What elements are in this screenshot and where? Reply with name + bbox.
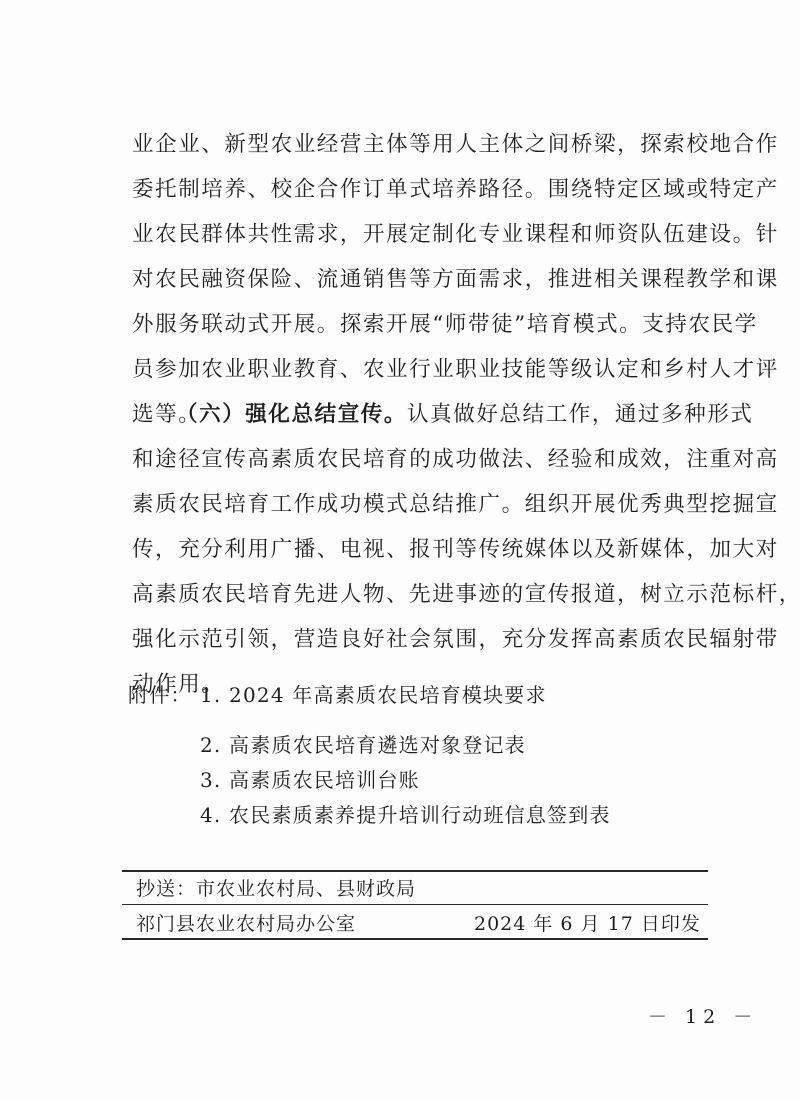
text-line: 业农民群体共性需求，开展定制化专业课程和师资队伍建设。针 <box>132 216 779 254</box>
cc-recipients: 抄送：市农业农村局、县财政局 <box>136 875 416 903</box>
section-six-heading: （六）强化总结宣传。 <box>176 402 407 427</box>
attachment-item: 4. 农民素质素养提升培训行动班信息签到表 <box>200 800 611 830</box>
document-page: 业企业、新型农业经营主体等用人主体之间桥梁，探索校地合作 委托制培养、校企合作订… <box>0 0 800 1099</box>
footer-top-rule <box>122 870 708 872</box>
section-six-first-line-text: 认真做好总结工作，通过多种形式 <box>407 402 754 427</box>
text-line: 委托制培养、校企合作订单式培养路径。围绕特定区域或特定产 <box>132 171 779 209</box>
text-line: 强化示范引领，营造良好社会氛围，充分发挥高素质农民辐射带 <box>132 621 779 659</box>
text-line: 传，充分利用广播、电视、报刊等传统媒体以及新媒体，加大对 <box>132 531 779 569</box>
footer-middle-rule <box>122 904 708 905</box>
issuing-office: 祁门县农业农村局办公室 <box>136 910 356 938</box>
text-line: 外服务联动式开展。探索开展“师带徒”培育模式。支持农民学 <box>132 306 758 344</box>
section-six-first-line: （六）强化总结宣传。认真做好总结工作，通过多种形式 <box>176 396 754 434</box>
text-line: 高素质农民培育先进人物、先进事迹的宣传报道，树立示范标杆， <box>132 576 800 614</box>
text-line: 业企业、新型农业经营主体等用人主体之间桥梁，探索校地合作 <box>132 126 779 164</box>
text-line: 和途径宣传高素质农民培育的成功做法、经验和成效，注重对高 <box>132 441 779 479</box>
issue-date: 2024 年 6 月 17 日印发 <box>474 910 701 938</box>
footer-bottom-rule <box>122 938 708 940</box>
attachment-item: 2. 高素质农民培育遴选对象登记表 <box>200 730 526 760</box>
text-line: 员参加农业职业教育、农业行业职业技能等级认定和乡村人才评 <box>132 351 779 389</box>
attachment-item: 3. 高素质农民培训台账 <box>200 765 420 795</box>
text-line: 对农民融资保险、流通销售等方面需求，推进相关课程教学和课 <box>132 261 779 299</box>
attachment-item: 1. 2024 年高素质农民培育模块要求 <box>200 680 547 710</box>
attachments-label: 附件： <box>128 680 192 710</box>
text-line: 素质农民培育工作成功模式总结推广。组织开展优秀典型挖掘宣 <box>132 486 779 524</box>
page-number: － 12 － <box>648 1002 758 1029</box>
